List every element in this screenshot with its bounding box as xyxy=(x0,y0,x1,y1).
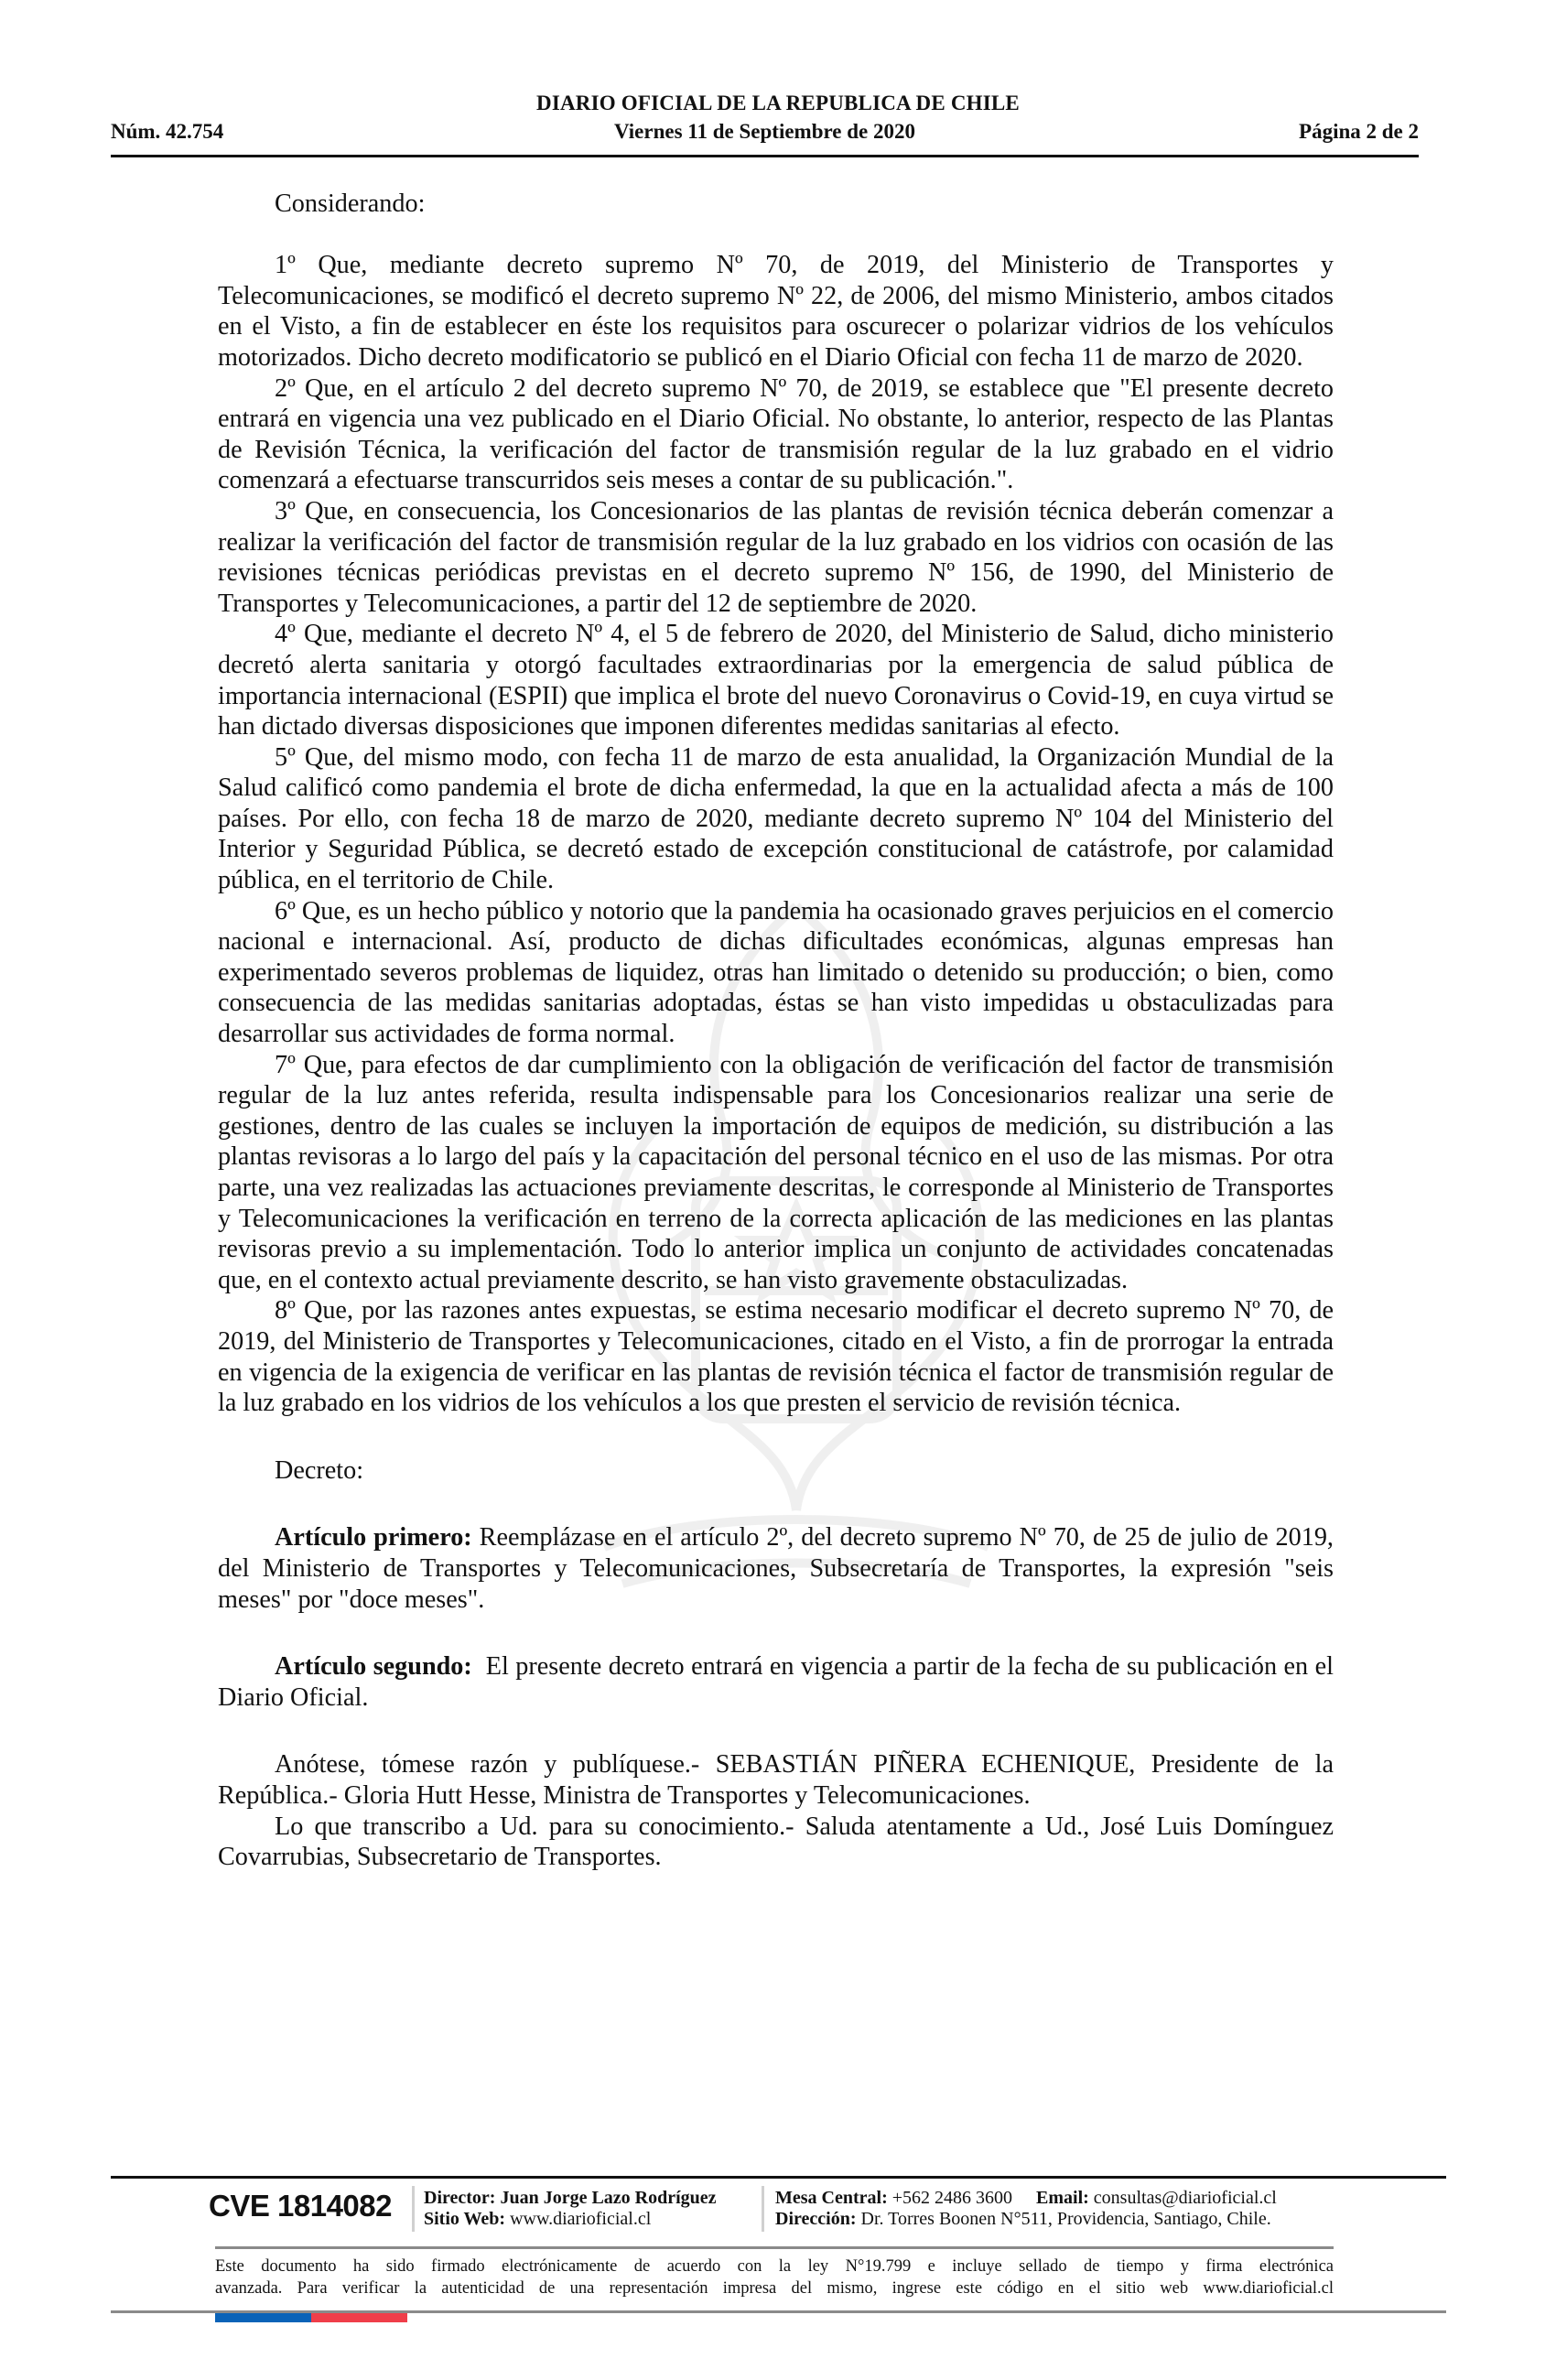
considerando-4: 4º Que, mediante el decreto Nº 4, el 5 d… xyxy=(218,619,1334,741)
chile-flag-bar xyxy=(215,2313,407,2322)
header-divider xyxy=(111,155,1419,157)
flag-red-segment xyxy=(311,2313,407,2322)
website-link[interactable]: www.diarioficial.cl xyxy=(510,2209,651,2229)
gazette-title: DIARIO OFICIAL DE LA REPUBLICA DE CHILE xyxy=(0,92,1556,115)
footer-divider-middle xyxy=(215,2246,1334,2249)
spacer xyxy=(218,220,1334,251)
footer-separator xyxy=(412,2186,415,2232)
flag-blue-segment xyxy=(215,2313,311,2322)
issue-date: Viernes 11 de Septiembre de 2020 xyxy=(111,120,1419,144)
document-body: Considerando: 1º Que, mediante decreto s… xyxy=(218,189,1334,1873)
considerando-6: 6º Que, es un hecho público y notorio qu… xyxy=(218,896,1334,1050)
spacer xyxy=(218,1615,1334,1651)
footer-contact-block: Mesa Central: +562 2486 3600Email: consu… xyxy=(775,2188,1277,2230)
articulo-segundo: Artículo segundo: El presente decreto en… xyxy=(218,1651,1334,1713)
footer-divider-top xyxy=(111,2176,1446,2179)
electronic-signature-notice: Este documento ha sido firmado electróni… xyxy=(215,2256,1334,2299)
considerando-8: 8º Que, por las razones antes expuestas,… xyxy=(218,1295,1334,1418)
phone-label: Mesa Central: xyxy=(775,2188,888,2208)
considerando-heading: Considerando: xyxy=(218,189,1334,220)
considerando-3: 3º Que, en consecuencia, los Concesionar… xyxy=(218,496,1334,619)
page-indicator: Página 2 de 2 xyxy=(1299,120,1419,144)
articulo-primero: Artículo primero: Reemplázase en el artí… xyxy=(218,1522,1334,1615)
spacer xyxy=(218,1486,1334,1522)
considerando-1: 1º Que, mediante decreto supremo Nº 70, … xyxy=(218,250,1334,373)
considerando-5: 5º Que, del mismo modo, con fecha 11 de … xyxy=(218,742,1334,896)
cve-code: CVE 1814082 xyxy=(209,2188,392,2224)
considerando-2: 2º Que, en el artículo 2 del decreto sup… xyxy=(218,373,1334,496)
address-label: Dirección: xyxy=(775,2209,857,2229)
decreto-heading: Decreto: xyxy=(218,1455,1334,1487)
articulo-segundo-label: Artículo segundo: xyxy=(275,1652,472,1681)
notice-line-2: avanzada. Para verificar la autenticidad… xyxy=(215,2277,1334,2299)
spacer xyxy=(218,1419,1334,1455)
footer-director-block: Director: Juan Jorge Lazo Rodríguez Siti… xyxy=(424,2188,717,2230)
notice-line-1: Este documento ha sido firmado electróni… xyxy=(215,2256,1334,2277)
header-row: Núm. 42.754 Viernes 11 de Septiembre de … xyxy=(111,120,1419,147)
email-link[interactable]: consultas@diarioficial.cl xyxy=(1094,2188,1277,2208)
articulo-primero-label: Artículo primero: xyxy=(275,1523,472,1552)
director-name: Juan Jorge Lazo Rodríguez xyxy=(500,2188,716,2208)
email-label: Email: xyxy=(1036,2188,1089,2208)
director-label: Director: xyxy=(424,2188,495,2208)
address-value: Dr. Torres Boonen N°511, Providencia, Sa… xyxy=(861,2209,1271,2229)
footer-separator xyxy=(762,2186,764,2232)
closing-signatures: Anótese, tómese razón y publíquese.- SEB… xyxy=(218,1749,1334,1811)
website-label: Sitio Web: xyxy=(424,2209,505,2229)
phone-number: +562 2486 3600 xyxy=(892,2188,1012,2208)
considerando-7: 7º Que, para efectos de dar cumplimiento… xyxy=(218,1050,1334,1296)
spacer xyxy=(218,1713,1334,1749)
closing-transcription: Lo que transcribo a Ud. para su conocimi… xyxy=(218,1812,1334,1873)
